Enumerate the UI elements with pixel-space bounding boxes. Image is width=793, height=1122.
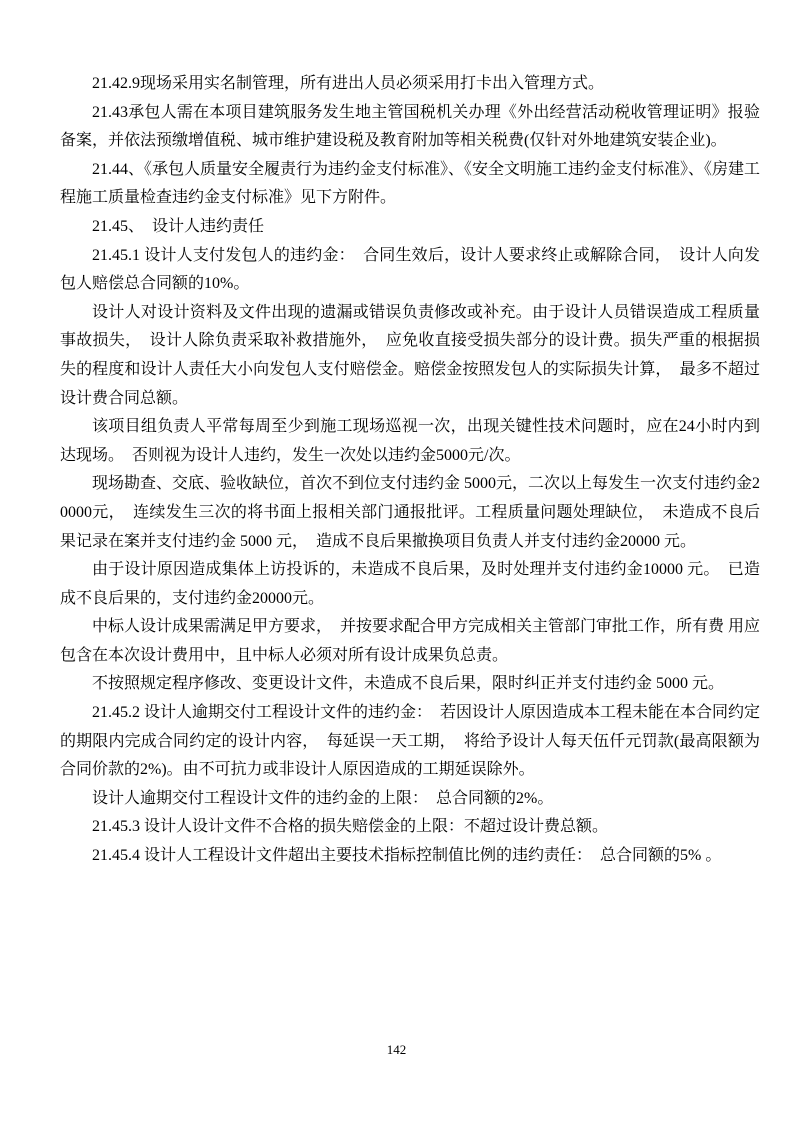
clause-21-43: 21.43承包人需在本项目建筑服务发生地主管国税机关办理《外出经营活动税收管理证… <box>60 99 760 156</box>
document-body: 21.42.9现场采用实名制管理，所有进出人员必须采用打卡出入管理方式。 21.… <box>60 70 760 871</box>
paragraph-unauthorized-modification-penalty: 不按照规定程序修改、变更设计文件，未造成不良后果，限时纠正并支付违约金 5000… <box>60 670 760 699</box>
paragraph-petition-complaint-penalty: 由于设计原因造成集体上访投诉的，未造成不良后果，及时处理并支付违约金10000 … <box>60 556 760 613</box>
clause-21-45-3: 21.45.3 设计人设计文件不合格的损失赔偿金的上限：不超过设计费总额。 <box>60 813 760 842</box>
document-page: 21.42.9现场采用实名制管理，所有进出人员必须采用打卡出入管理方式。 21.… <box>0 0 793 1122</box>
clause-21-42-9: 21.42.9现场采用实名制管理，所有进出人员必须采用打卡出入管理方式。 <box>60 70 760 99</box>
clause-21-45-2: 21.45.2 设计人逾期交付工程设计文件的违约金： 若因设计人原因造成本工程未… <box>60 699 760 785</box>
clause-21-44: 21.44、《承包人质量安全履责行为违约金支付标准》、《安全文明施工违约金支付标… <box>60 156 760 213</box>
clause-21-45-1: 21.45.1 设计人支付发包人的违约金： 合同生效后，设计人要求终止或解除合同… <box>60 242 760 299</box>
paragraph-late-delivery-penalty-cap: 设计人逾期交付工程设计文件的违约金的上限： 总合同额的2%。 <box>60 785 760 814</box>
clause-21-45-heading: 21.45、 设计人违约责任 <box>60 213 760 242</box>
paragraph-site-inspection-duty: 该项目组负责人平常每周至少到施工现场巡视一次，出现关键性技术问题时，应在24小时… <box>60 413 760 470</box>
clause-21-45-4: 21.45.4 设计人工程设计文件超出主要技术指标控制值比例的违约责任： 总合同… <box>60 842 760 871</box>
paragraph-design-error-liability: 设计人对设计资料及文件出现的遗漏或错误负责修改或补充。由于设计人员错误造成工程质… <box>60 299 760 413</box>
paragraph-site-absence-penalty: 现场勘查、交底、验收缺位，首次不到位支付违约金 5000元，二次以上每发生一次支… <box>60 470 760 556</box>
paragraph-bidder-deliverable-obligation: 中标人设计成果需满足甲方要求， 并按要求配合甲方完成相关主管部门审批工作，所有费… <box>60 613 760 670</box>
page-number: 142 <box>0 1041 793 1059</box>
